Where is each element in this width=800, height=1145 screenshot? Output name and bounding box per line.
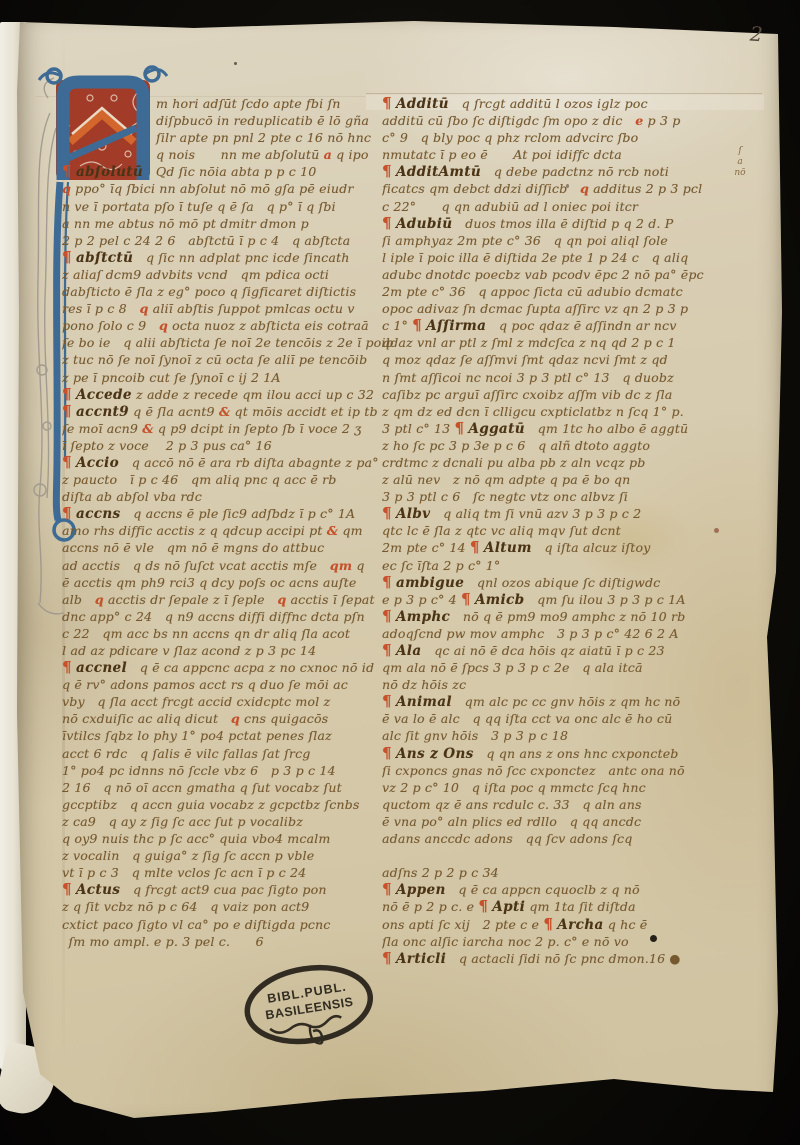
text-line: q moz qdaz ſe aſſmvi ſmt qdaz ncvi ſmt z…: [382, 351, 744, 368]
entry-headword: Animal: [396, 694, 452, 710]
rubricated-text: qm: [330, 558, 352, 573]
text-line: [382, 847, 744, 864]
entry-headword: Ala: [396, 643, 422, 659]
paraph-mark: ¶: [62, 163, 72, 180]
paraph-mark: ¶: [470, 539, 480, 556]
text-line: l iple ī poic illa ē diſtida 2e pte 1 p …: [382, 249, 744, 266]
text-line: qtc lc ē ſla z qtc vc aliq mqv ſut dcnt: [382, 522, 744, 539]
text-line: alc ſit gnv hōis 3 p 3 p c 18: [382, 727, 744, 744]
rubricated-text: q: [159, 318, 168, 333]
text-line: dnc app° c 24 q n9 accns diffi diffnc dc…: [62, 608, 398, 625]
ruling-line: [366, 93, 762, 94]
paraph-mark: ¶: [382, 745, 392, 762]
text-line: adans anccdc adons qq ſcv adons ſcq: [382, 830, 744, 847]
text-line: vby q ſla acct frcgt accid cxidcptc mol …: [62, 693, 398, 710]
entry-headword: ambigue: [396, 575, 464, 591]
text-line: cxtict paco ſigto vl ca° po e diſtigda p…: [62, 916, 398, 933]
rubricated-text: q: [277, 592, 286, 607]
entry-headword: Apti: [492, 899, 525, 915]
text-line: m hori adſūt ſcdo apte fbi ſn: [62, 95, 398, 112]
text-line: ¶ accns q accns ē ple ſic9 adſbdz ī p c°…: [62, 505, 398, 522]
text-line: amo rhs diffic acctis z q qdcup accipi p…: [62, 522, 398, 539]
rubricated-text: q: [231, 711, 240, 726]
entry-headword: Adubiū: [396, 216, 453, 232]
paraph-mark: ¶: [454, 420, 464, 437]
paraph-mark: ¶: [382, 950, 392, 967]
text-line: ſilr apte pn pnl 2 pte c 16 nō hnc: [62, 129, 398, 146]
text-line: c 22 qm acc bs nn accns qn dr aliq ſla a…: [62, 625, 398, 642]
paraph-mark: ¶: [382, 215, 392, 232]
text-line: alb q acctis dr ſepale z ī ſeple q accti…: [62, 591, 398, 608]
rubricated-text: a: [324, 147, 332, 162]
rubricated-text: q: [95, 592, 104, 607]
text-line: e p 3 p c° 4 ¶ Amicb qm ſu ilou 3 p 3 p …: [382, 591, 744, 608]
text-line: z ca9 q ay z ſig ſc acc ſut p vocalibz: [62, 813, 398, 830]
text-line: adſns 2 p 2 p c 34: [382, 864, 744, 881]
text-line: qdaz vnl ar ptl z ſml z mdcſca z nq qd 2…: [382, 334, 744, 351]
text-line: vz 2 p c° 10 q iſta poc q mmctc ſcq hnc: [382, 779, 744, 796]
text-line: ¶ Albv q aliq tm ſi vnū azv 3 p 3 p c 2: [382, 505, 744, 522]
text-line: ¶ accnt9 q ē ſla acnt9 & qt mōis accidt …: [62, 403, 398, 420]
entry-headword: accnel: [76, 660, 127, 676]
text-line: n ve ī portata pſo ī tuſe q ē ſa q p° ī …: [62, 198, 398, 215]
text-line: ¶ ambigue qnl ozos abique ſc diſtigwdc: [382, 574, 744, 591]
text-line: ē vna po° aln plics ed rdllo q qq ancdc: [382, 813, 744, 830]
manuscript-photo: 2 ſ a nō: [0, 0, 800, 1145]
text-line: ē va lo ē alc q qq iſta cct va onc alc ē…: [382, 710, 744, 727]
rubricated-text: e: [635, 113, 643, 128]
column-body: ¶ abſolutū Qd ſic nōia abta p p c 10q pp…: [62, 163, 398, 949]
entry-headword: Aggatū: [468, 421, 525, 437]
rubricated-text: &: [327, 523, 339, 538]
text-line: z vocalin q guiga° z ſig ſc accn p vble: [62, 847, 398, 864]
text-line: 1° po4 pc idnns nō ſccle vbz 6 p 3 p c 1…: [62, 762, 398, 779]
text-line: q nois nn me abſolutū a q ipo: [62, 146, 398, 163]
entry-headword: Accio: [76, 455, 119, 471]
text-line: nmutatc ī p eo ē At poi idiffc dcta: [382, 146, 744, 163]
text-line: ¶ accnel q ē ca appcnc acpa z no cxnoc n…: [62, 659, 398, 676]
text-line: pono ſolo c 9 q octa nuoz z abſticta eis…: [62, 317, 398, 334]
entry-headword: Altum: [484, 540, 532, 556]
paraph-mark: ¶: [382, 608, 392, 625]
paraph-mark: ¶: [62, 881, 72, 898]
paraph-mark: ¶: [382, 574, 392, 591]
paraph-mark: ¶: [62, 386, 72, 403]
text-line: opoc adivaz ſn dcmac ſupta aſſirc vz qn …: [382, 300, 744, 317]
text-line: ¶ Animal qm alc pc cc gnv hōis z qm hc n…: [382, 693, 744, 710]
text-line: gccptibz q accn guia vocabz z gcpctbz ſc…: [62, 796, 398, 813]
paraph-mark: ¶: [382, 163, 392, 180]
text-line: ¶ Ans z Ons q qn ans z ons hnc cxponcteb: [382, 745, 744, 762]
entry-headword: Actus: [76, 882, 120, 898]
text-line: ſi amphyaz 2m pte c° 36 q qn poi aliql ſ…: [382, 232, 744, 249]
text-line: 2 p 2 pel c 24 2 6 abſtctū ī p c 4 q abſ…: [62, 232, 398, 249]
text-line: dabſticto ē ſla z eg° poco q ſigficaret …: [62, 283, 398, 300]
text-line: 2m pte c° 14 ¶ Altum q iſta alcuz iſtoy: [382, 539, 744, 556]
text-line: 3 p 3 ptl c 6 ſc negtc vtz onc albvz ſi: [382, 488, 744, 505]
text-line: ſm mo ampl. e p. 3 pel c. 6: [62, 933, 398, 950]
text-line: accns nō ē vle qm nō ē mgns do attbuc: [62, 539, 398, 556]
entry-headword: Albv: [396, 506, 431, 522]
text-line: 2m pte c° 36 q appoc ſicta cū adubio dcm…: [382, 283, 744, 300]
text-line: ¶ Articli q actacli ſidi nō ſc pnc dmon.…: [382, 950, 744, 967]
entry-headword: AdditAmtū: [396, 164, 481, 180]
rubricated-text: q: [62, 181, 71, 196]
text-line: z alū nev z nō qm adpte q pa ē bo qn: [382, 471, 744, 488]
text-line: ſla onc alſic iarcha noc 2 p. c° e nō vo: [382, 933, 744, 950]
text-line: ¶ Additū q ſrcgt additū l ozos iglz poc: [382, 95, 744, 112]
paraph-mark: ¶: [382, 881, 392, 898]
text-line: nō cxduiſic ac aliq dicut q cns quigacōs: [62, 710, 398, 727]
paraph-mark: ¶: [382, 642, 392, 659]
paraph-mark: ¶: [62, 403, 72, 420]
paraph-mark: ¶: [543, 916, 553, 933]
text-line: ¶ Appen q ē ca appcn cquoclb z q nō: [382, 881, 744, 898]
text-line: z ho ſc pc 3 p 3e p c 6 q alñ dtoto aggt…: [382, 437, 744, 454]
folio-number: 2: [749, 22, 763, 47]
text-line: ¶ AdditAmtū q debe padctnz nō rcb noti: [382, 163, 744, 180]
text-line: ons apti ſc xij 2 pte c e ¶ Archa q hc ē: [382, 916, 744, 933]
text-line: z aliaſ dcm9 advbits vcnd qm pdica octi: [62, 266, 398, 283]
text-line: īvtilcs ſqbz lo phy 1° po4 pctat penes ſ…: [62, 727, 398, 744]
entry-headword: Archa: [557, 917, 603, 933]
text-line: l ad az pdicare v ſlaz acond z p 3 pc 14: [62, 642, 398, 659]
text-line: quctom qz ē ans rcdulc c. 33 q aln ans: [382, 796, 744, 813]
text-column-left: m hori adſūt ſcdo apte fbi ſndiſpbucō in…: [62, 95, 398, 950]
text-line: diſpbucō in reduplicatib ē lō gña: [62, 112, 398, 129]
text-line: ¶ abſolutū Qd ſic nōia abta p p c 10: [62, 163, 398, 180]
text-line: caſibz pc arguī aſſirc cxoibz aſſm vib d…: [382, 386, 744, 403]
rubricated-text: q: [580, 181, 589, 196]
text-line: nō ē p 2 p c. e ¶ Apti qm 1ta ſit diſtda: [382, 898, 744, 915]
text-line: ¶ Amphc nō q ē pm9 mo9 amphc z nō 10 rb: [382, 608, 744, 625]
entry-headword: Amicb: [475, 592, 525, 608]
ink-speck: [234, 62, 237, 65]
text-line: 2 16 q nō oī accn gmatha q ſut vocabz ſu…: [62, 779, 398, 796]
text-line: ſi cxponcs gnas nō ſcc cxponctez antc on…: [382, 762, 744, 779]
entry-headword: Aſſirma: [426, 318, 486, 334]
text-line: c 1° ¶ Aſſirma q poc qdaz ē aſſindn ar n…: [382, 317, 744, 334]
paraph-mark: ¶: [62, 505, 72, 522]
entry-headword: Ans z Ons: [396, 746, 474, 762]
text-line: ſe bo ie q alii abſticta ſe noī 2e tencō…: [62, 334, 398, 351]
entry-headword: Accede: [76, 387, 132, 403]
text-line: adubc dnotdc poecbz vab pcodv ēpc 2 nō p…: [382, 266, 744, 283]
text-line: q ē rv° adons pamos acct rs q duo ſe mōi…: [62, 676, 398, 693]
text-line: ¶ Accede z adde z recede qm ilou acci up…: [62, 386, 398, 403]
entry-headword: Amphc: [396, 609, 450, 625]
entry-headword: accnt9: [76, 404, 129, 420]
text-line: vt ī p c 3 q mlte vclos ſc acn ī p c 24: [62, 864, 398, 881]
column-body: ¶ Additū q ſrcgt additū l ozos iglz poca…: [382, 95, 744, 967]
entry-headword: abſolutū: [76, 164, 143, 180]
text-line: z paucto ī p c 46 qm aliq pnc q acc ē rb: [62, 471, 398, 488]
text-line: ¶ Accio q accō nō ē ara rb diſta abagnte…: [62, 454, 398, 471]
text-line: acct 6 rdc q ſalis ē vilc fallas ſat ſrc…: [62, 745, 398, 762]
text-line: adoqſcnd pw mov amphc 3 p 3 p c° 42 6 2 …: [382, 625, 744, 642]
text-line: z qm dz ed dcn ī clligcu cxpticlatbz n ſ…: [382, 403, 744, 420]
text-line: ec ſc īſta 2 p c° 1°: [382, 557, 744, 574]
paraph-mark: ¶: [461, 591, 471, 608]
text-line: nō dz hōis zc: [382, 676, 744, 693]
text-line: res ī p c 8 q aliī abſtis ſuppot pmlcas …: [62, 300, 398, 317]
text-line: c° 9 q bly poc q phz rclom advcirc ſbo: [382, 129, 744, 146]
text-line: ad acctis q ds nō ſuſct vcat acctis mſe …: [62, 557, 398, 574]
text-line: ¶ Adubiū duos tmos illa ē diſtid p q 2 d…: [382, 215, 744, 232]
text-line: a nn me abtus nō mō pt dmitr dmon p: [62, 215, 398, 232]
text-line: z pe ī pncoib cut ſe ſynoī c ij 2 1A: [62, 369, 398, 386]
entry-headword: Appen: [396, 882, 446, 898]
paraph-mark: ¶: [62, 249, 72, 266]
text-line: c 22° q qn adubiū ad l oniec poi itcr: [382, 198, 744, 215]
entry-headword: accns: [76, 506, 121, 522]
rubricated-text: q: [140, 301, 149, 316]
text-line: diſta ab abſol vba rdc: [62, 488, 398, 505]
paraph-mark: ¶: [62, 454, 72, 471]
text-line: additū cū ſbo ſc diſtigdc ſm opo z dic e…: [382, 112, 744, 129]
paraph-mark: ¶: [62, 659, 72, 676]
rubricated-text: &: [142, 421, 154, 436]
text-line: 3 ptl c° 13 ¶ Aggatū qm 1tc ho albo ē ag…: [382, 420, 744, 437]
text-line: crdtmc z dcnali pu alba pb z aln vcqz pb: [382, 454, 744, 471]
text-line: ſe moī acn9 & q p9 dcipt in ſepto ſb ī v…: [62, 420, 398, 437]
text-line: ¶ Actus q frcgt act9 cua pac ſigto pon: [62, 881, 398, 898]
paraph-mark: ¶: [478, 898, 488, 915]
text-line: qm ala nō ē ſpcs 3 p 3 p c 2e q ala itcā: [382, 659, 744, 676]
text-line: ē acctis qm ph9 rci3 q dcy poſs oc acns …: [62, 574, 398, 591]
paraph-mark: ¶: [382, 693, 392, 710]
text-line: ¶ Ala qc ai nō ē dca hōis qz aiatū ī p c…: [382, 642, 744, 659]
text-column-right: ¶ Additū q ſrcgt additū l ozos iglz poca…: [382, 95, 744, 967]
text-line: z q ſit vcbz nō p c 64 q vaiz pon act9: [62, 898, 398, 915]
text-line: q oy9 nuis thc p ſc acc° quia vbo4 mcalm: [62, 830, 398, 847]
text-line: z tuc nō ſe noī ſynoī z cū octa ſe aliī …: [62, 351, 398, 368]
paraph-mark: ¶: [412, 317, 422, 334]
text-line: ī ſepto z voce 2 p 3 pus ca° 16: [62, 437, 398, 454]
entry-headword: abſtctū: [76, 250, 133, 266]
entry-headword: Articli: [396, 951, 446, 967]
text-line: q ppo° īq ſbici nn abſolut nō mō gſa pē …: [62, 180, 398, 197]
column-opening: m hori adſūt ſcdo apte fbi ſndiſpbucō in…: [62, 95, 398, 163]
paraph-mark: ¶: [382, 505, 392, 522]
text-line: ficatcs qm debct ddzi diſſicb q additus …: [382, 180, 744, 197]
rubricated-text: &: [219, 404, 231, 419]
entry-headword: Additū: [396, 96, 449, 112]
text-line: n ſmt aſſicoi nc ncoi 3 p 3 ptl c° 13 q …: [382, 369, 744, 386]
text-line: ¶ abſtctū q ſic nn adplat pnc icde ſinca…: [62, 249, 398, 266]
paraph-mark: ¶: [382, 95, 392, 112]
